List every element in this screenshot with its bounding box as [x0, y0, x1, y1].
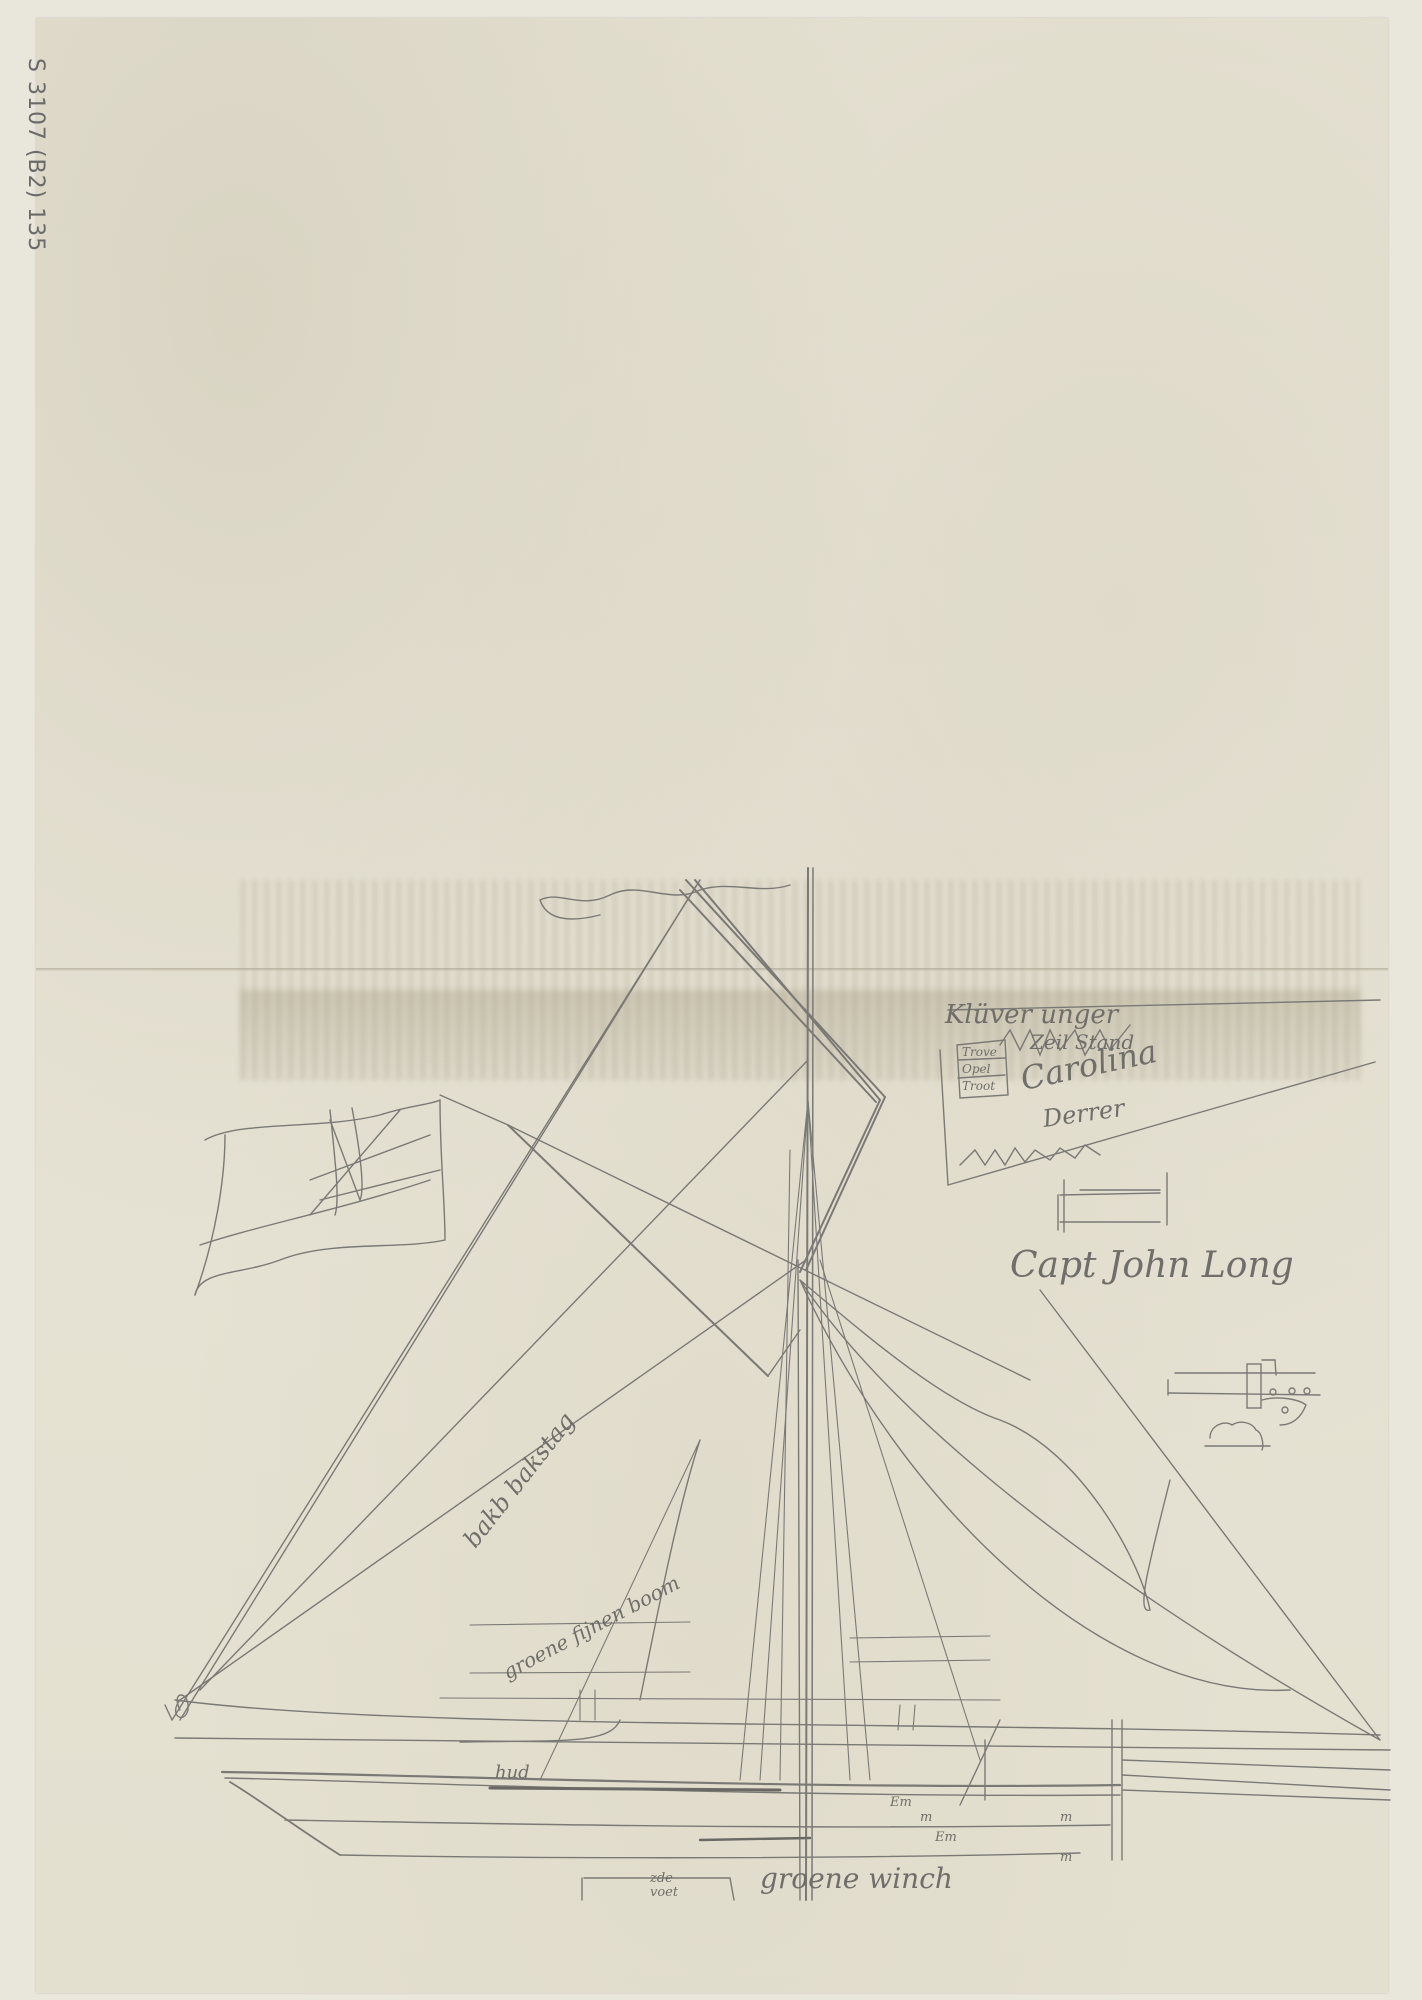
jib-sheet [800, 1280, 1290, 1690]
flag-label-top: Klüver unger [945, 1000, 1118, 1030]
captain-name: Capt John Long [1010, 1245, 1294, 1286]
union-flag [195, 1100, 445, 1295]
hull-mark: m [920, 1810, 932, 1825]
flag-box-line: Troot [962, 1078, 997, 1095]
hull-mark: m [1060, 1810, 1072, 1825]
bollard-sketch [1058, 1173, 1167, 1232]
keel-note: groene winch [760, 1862, 953, 1895]
topsail [440, 1095, 1030, 1380]
flag-box: Trove Opel Troot [962, 1044, 997, 1095]
flag-box-line: Trove [962, 1044, 997, 1061]
hull-mark: Em [890, 1795, 912, 1810]
ship-drawing [0, 0, 1422, 2000]
forestays [172, 880, 808, 1720]
hull-mark: m [1060, 1850, 1072, 1865]
main-mast [798, 868, 813, 1900]
gaff [680, 880, 885, 1272]
jib-sail [640, 1440, 700, 1700]
deck-note-fore: hud [495, 1762, 530, 1783]
keel-box-label: zde voet [650, 1872, 700, 1900]
flag-box-line: Opel [962, 1061, 997, 1078]
backstay [1040, 1290, 1380, 1740]
deck-fitting-sketch [1168, 1360, 1320, 1450]
mainsail [800, 1280, 1380, 1740]
pennant [540, 885, 790, 919]
hull-mark: Em [935, 1830, 957, 1845]
shrouds [540, 1100, 980, 1780]
